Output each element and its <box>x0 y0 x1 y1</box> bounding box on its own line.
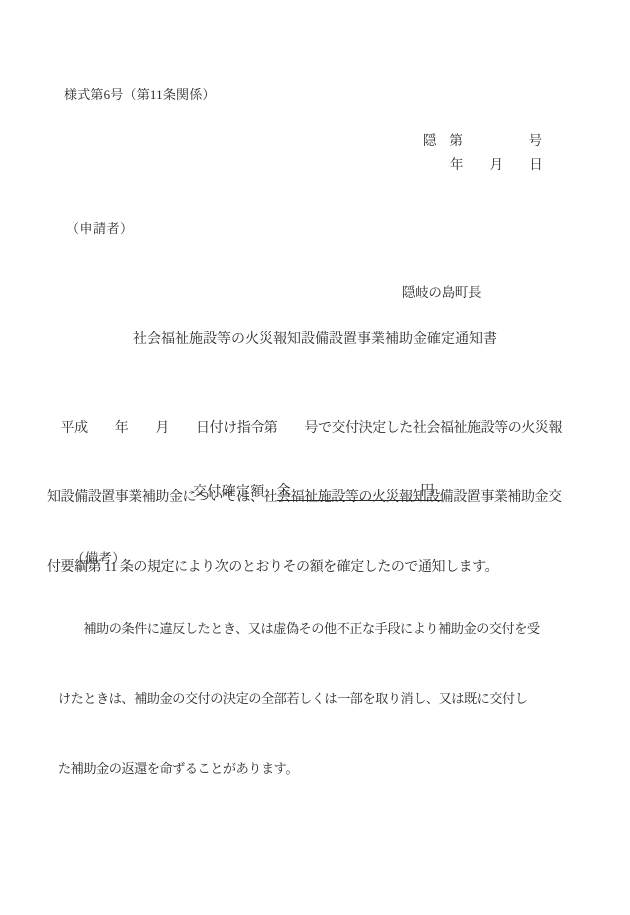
remarks-line: た補助金の返還を命ずることがあります。 <box>58 757 568 780</box>
currency-suffix: 円 <box>420 480 434 500</box>
document-title: 社会福祉施設等の火災報知設備設置事業補助金確定通知書 <box>0 328 630 348</box>
grant-amount-row: 交付確定額 金 円 <box>193 480 442 501</box>
currency-prefix: 金 <box>277 480 291 500</box>
date-line: 年 月 日 <box>450 153 542 173</box>
grant-amount-label: 交付確定額 <box>193 481 265 501</box>
remarks-line: 補助の条件に違反したとき、又は虚偽その他不正な手段により補助金の交付を受 <box>58 617 568 640</box>
remarks-label: （備考） <box>71 547 126 567</box>
applicant-label: （申請者） <box>66 218 134 237</box>
sender-name: 隠岐の島町長 <box>402 281 481 301</box>
remarks-line: けたときは、補助金の交付の決定の全部若しくは一部を取り消し、又は既に交付し <box>58 687 568 710</box>
form-number: 様式第6号（第11条関係） <box>64 84 216 103</box>
amount-blank-underline: 金 円 <box>277 480 442 501</box>
document-page: 様式第6号（第11条関係） 隠 第 号 年 月 日 （申請者） 隠岐の島町長 社… <box>0 0 630 915</box>
body-line: 平成 年 月 日付け指令第 号で交付決定した社会福祉施設等の火災報 <box>47 417 592 440</box>
doc-reference-number-line: 隠 第 号 <box>423 129 542 149</box>
remarks-paragraph: 補助の条件に違反したとき、又は虚偽その他不正な手段により補助金の交付を受 けたと… <box>58 571 568 826</box>
